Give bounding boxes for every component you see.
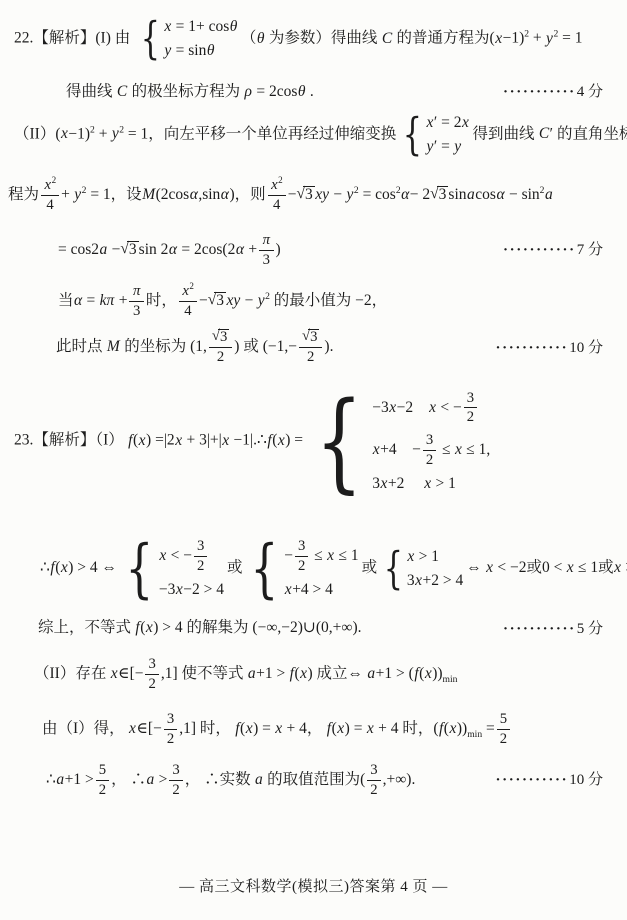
math-text: ,1] 时， bbox=[179, 720, 235, 737]
numerator: 3 bbox=[194, 538, 207, 557]
cases-rows: −3x−2 x < −32x+4 −32 ≤ x ≤ 1,3x+2 x > 1 bbox=[372, 390, 490, 494]
math-text: 程为 bbox=[8, 186, 39, 203]
math-text: 2 bbox=[500, 731, 507, 747]
math-text: )) bbox=[432, 665, 442, 682]
math-text: ， ∴ bbox=[111, 771, 146, 788]
math-text: ) 或 (−1,− bbox=[234, 338, 297, 355]
math-text: ≤ 1或 bbox=[574, 559, 614, 576]
math-text: > 1. bbox=[622, 559, 627, 576]
math-text: = 2cos bbox=[252, 83, 297, 100]
math-text: 2 bbox=[467, 409, 474, 425]
math-text: + 4， bbox=[283, 720, 327, 737]
numerator: 3 bbox=[423, 432, 436, 451]
square-root: √3 bbox=[430, 186, 448, 203]
math-text: α bbox=[235, 241, 244, 258]
fraction: 32 bbox=[367, 762, 380, 799]
math-text: x bbox=[164, 18, 172, 35]
dotted-leader: ··········· bbox=[503, 621, 576, 637]
denominator: 2 bbox=[295, 557, 308, 575]
cases-row: −3x−2 > 4 bbox=[159, 581, 224, 599]
math-text: 2 bbox=[167, 731, 174, 747]
dotted-leader: ··········· bbox=[496, 340, 569, 356]
math-text: cos bbox=[475, 186, 496, 203]
math-text: 3 bbox=[133, 303, 140, 319]
numerator: x2 bbox=[41, 177, 59, 196]
math-text: (2cos bbox=[156, 186, 190, 203]
math-text: 的坐标为 (1, bbox=[120, 338, 207, 355]
cases-row: x+4 > 4 bbox=[284, 581, 358, 599]
math-text: ) bbox=[276, 241, 281, 258]
math-text: 为参数）得曲线 bbox=[265, 30, 381, 47]
math-text: 3 bbox=[439, 186, 447, 203]
math-text: )) bbox=[457, 720, 467, 737]
denominator: 2 bbox=[96, 781, 109, 799]
math-text: x bbox=[372, 441, 380, 458]
numerator: 3 bbox=[295, 538, 308, 557]
cases-row: −3x−2 x < −32 bbox=[372, 390, 490, 427]
math-text: > bbox=[155, 771, 168, 788]
math-text: )，则 bbox=[229, 186, 265, 203]
q23-part1-piecewise-line: 23.【解析】（I） f(x) =|2x + 3|+|x −1|.∴f(x) =… bbox=[14, 389, 627, 493]
math-text: 2 bbox=[99, 782, 106, 798]
q23-part2-exists-line: （II）存在 x∈[−32,1] 使不等式 a+1 > f(x) 成立⇔ a+1… bbox=[34, 656, 627, 693]
radical-icon: √ bbox=[208, 290, 217, 311]
math-text: 3 bbox=[167, 711, 174, 727]
subscript: min bbox=[467, 729, 482, 740]
footer-text: — 高三文科数学(模拟三)答案第 4 页 — bbox=[179, 879, 448, 895]
math-text: ， ∴实数 bbox=[185, 771, 255, 788]
denominator: 2 bbox=[169, 781, 182, 799]
cases-rows: x = 1+ cosθy = sinθ bbox=[164, 18, 238, 60]
math-text: −1|.∴ bbox=[230, 432, 267, 449]
subscript: min bbox=[443, 674, 458, 685]
math-text: 此时点 bbox=[56, 338, 106, 355]
superscript: 2 bbox=[189, 281, 194, 291]
cases-rows: x′ = 2xy′ = y bbox=[426, 114, 469, 156]
numerator: 3 bbox=[169, 762, 182, 781]
radical-icon: √ bbox=[430, 184, 439, 205]
cases-rows: −32 ≤ x ≤ 1x+4 > 4 bbox=[284, 538, 358, 599]
math-text: < −2或0 < bbox=[493, 559, 566, 576]
math-text: ∈[− bbox=[118, 665, 143, 682]
math-text: + bbox=[95, 125, 112, 142]
math-text: ) = bbox=[285, 432, 303, 449]
numerator: √3 bbox=[209, 329, 232, 348]
math-text: = sin bbox=[172, 42, 207, 59]
math-text: x bbox=[222, 432, 230, 449]
denominator: 4 bbox=[179, 302, 197, 320]
square-root: √3 bbox=[120, 241, 138, 258]
math-text: 当 bbox=[58, 292, 74, 309]
fraction: π3 bbox=[259, 232, 273, 269]
math-text: < − bbox=[167, 547, 192, 564]
math-text: α bbox=[168, 241, 177, 258]
cases-row: y′ = y bbox=[426, 138, 469, 156]
fraction: x24 bbox=[268, 177, 286, 214]
radical-icon: √ bbox=[212, 328, 220, 345]
math-text: sin bbox=[448, 186, 466, 203]
math-text: < − bbox=[437, 399, 462, 416]
solutions-content: 22.【解析】(I) 由 {x = 1+ cosθy = sinθ（θ 为参数）… bbox=[0, 0, 627, 799]
math-text: x bbox=[44, 177, 52, 193]
math-text: −1) bbox=[503, 30, 525, 47]
q22-part2-ellipse-line: 程为x24+ y2 = 1，设M(2cosα,sinα)，则x24−√3xy −… bbox=[8, 177, 627, 214]
math-text: = 2cos(2 bbox=[178, 241, 236, 258]
fraction: 32 bbox=[464, 390, 477, 427]
math-text: +4 > 4 bbox=[292, 581, 333, 598]
math-text: α bbox=[189, 186, 198, 203]
math-text: π bbox=[132, 283, 140, 299]
math-text: α bbox=[74, 292, 83, 309]
math-text: + bbox=[115, 292, 128, 309]
math-text: π bbox=[262, 232, 270, 248]
numerator: √3 bbox=[299, 329, 322, 348]
math-text: C bbox=[381, 30, 392, 47]
fraction: 32 bbox=[423, 432, 436, 469]
math-text: x bbox=[245, 720, 253, 737]
cases-group: {−3x−2 x < −32x+4 −32 ≤ x ≤ 1,3x+2 x > 1 bbox=[306, 389, 490, 493]
math-text: 综上，不等式 bbox=[38, 619, 135, 636]
math-text: 4 bbox=[46, 197, 53, 213]
cases-row: 3x+2 > 4 bbox=[407, 572, 463, 590]
math-text: = 1，设 bbox=[86, 186, 141, 203]
math-text: 3 bbox=[216, 292, 224, 309]
math-text: ≤ 1 bbox=[335, 547, 359, 564]
math-text: x bbox=[495, 30, 503, 47]
cases-row: 3x+2 x > 1 bbox=[372, 475, 490, 493]
math-text: x bbox=[110, 665, 118, 682]
math-text: x bbox=[337, 720, 345, 737]
score-marker: ···········10 分 bbox=[496, 770, 603, 790]
math-text: ) =|2 bbox=[146, 432, 175, 449]
dotted-leader: ··········· bbox=[496, 772, 569, 788]
radical-icon: √ bbox=[120, 239, 129, 260]
math-text: 3 bbox=[305, 186, 313, 203]
math-text: 3 bbox=[148, 656, 155, 672]
math-text: sin 2 bbox=[139, 241, 169, 258]
q23-part2-range-line: ∴a+1 >52， ∴a >32， ∴实数 a 的取值范围为(32,+∞).··… bbox=[46, 762, 627, 799]
math-text: 3 bbox=[426, 432, 433, 448]
score-label: 5 分 bbox=[577, 621, 603, 637]
math-text: 4 bbox=[273, 197, 280, 213]
math-text: x bbox=[380, 475, 388, 492]
fraction: 32 bbox=[169, 762, 182, 799]
math-text: 时， bbox=[146, 292, 177, 309]
q22-part2-point-line: 此时点 M 的坐标为 (1,√32) 或 (−1,−√32).·········… bbox=[56, 329, 627, 366]
math-text: 2 bbox=[217, 349, 224, 365]
math-text: a bbox=[146, 771, 155, 788]
math-text: 22.【解析】(I) 由 bbox=[14, 30, 134, 47]
math-text: 得曲线 bbox=[66, 83, 116, 100]
radical-icon: √ bbox=[296, 184, 305, 205]
denominator: 2 bbox=[299, 348, 322, 366]
numerator: x2 bbox=[268, 177, 286, 196]
math-text: ∴ bbox=[40, 559, 50, 576]
math-text: 23.【解析】（I） bbox=[14, 432, 128, 449]
math-text: x bbox=[407, 548, 415, 565]
math-text: x bbox=[138, 432, 146, 449]
left-brace-icon: { bbox=[141, 17, 160, 61]
numerator: 3 bbox=[367, 762, 380, 781]
score-label: 7 分 bbox=[577, 242, 603, 258]
square-root: √3 bbox=[296, 186, 314, 203]
cases-group: {−32 ≤ x ≤ 1x+4 > 4 bbox=[245, 538, 358, 599]
math-text: x bbox=[424, 475, 432, 492]
math-text: ,+∞). bbox=[383, 771, 416, 788]
fraction: 32 bbox=[194, 538, 207, 575]
score-marker: ···········7 分 bbox=[503, 240, 603, 260]
numerator: π bbox=[129, 283, 143, 302]
denominator: 2 bbox=[209, 348, 232, 366]
math-text: θ bbox=[206, 42, 215, 59]
math-text: 2 bbox=[370, 782, 377, 798]
math-text: y bbox=[346, 186, 354, 203]
math-text: = cos bbox=[359, 186, 396, 203]
math-text: a bbox=[247, 665, 256, 682]
math-text: 3 bbox=[129, 241, 137, 258]
math-text: + bbox=[529, 30, 546, 47]
cases-group: {x = 1+ cosθy = sinθ bbox=[137, 18, 238, 60]
fraction: √32 bbox=[209, 329, 232, 366]
fraction: x24 bbox=[179, 283, 197, 320]
math-text: θ bbox=[256, 30, 265, 47]
q23-part1-solution-set-line: 综上，不等式 f(x) > 4 的解集为 (−∞,−2)∪(0,+∞).····… bbox=[38, 618, 627, 639]
math-text: − bbox=[284, 547, 293, 564]
scanned-answer-page: 22.【解析】(I) 由 {x = 1+ cosθy = sinθ（θ 为参数）… bbox=[0, 0, 627, 920]
dotted-leader: ··········· bbox=[503, 84, 576, 100]
q23-part2-min-value-line: 由（I）得， x∈[−32,1] 时， f(x) = x + 4， f(x) =… bbox=[42, 711, 627, 748]
numerator: 3 bbox=[464, 390, 477, 409]
math-text: −3 bbox=[372, 399, 389, 416]
math-text: +2 bbox=[388, 475, 424, 492]
math-text: . bbox=[306, 83, 314, 100]
q22-part2-transform-line: （II）(x−1)2 + y2 = 1，向左平移一个单位再经过伸缩变换{x′ =… bbox=[14, 114, 627, 156]
math-text: a bbox=[367, 665, 376, 682]
math-text: ) 成立⇔ bbox=[308, 665, 367, 682]
math-text: − bbox=[241, 292, 258, 309]
score-marker: ···········5 分 bbox=[503, 619, 603, 639]
math-text: θ bbox=[229, 18, 238, 35]
math-text: xy bbox=[315, 186, 330, 203]
math-text: ) = bbox=[345, 720, 367, 737]
superscript: 2 bbox=[396, 185, 401, 196]
math-text: = 1，向左平移一个单位再经过伸缩变换 bbox=[124, 125, 396, 142]
score-label: 10 分 bbox=[569, 340, 603, 356]
fraction: 32 bbox=[164, 711, 177, 748]
cases-row: x+4 −32 ≤ x ≤ 1, bbox=[372, 432, 490, 469]
math-text: 2 bbox=[298, 558, 305, 574]
denominator: 2 bbox=[497, 730, 510, 748]
denominator: 2 bbox=[194, 557, 207, 575]
math-text: 3 bbox=[197, 538, 204, 554]
cases-rows: x > 13x+2 > 4 bbox=[407, 548, 463, 590]
denominator: 4 bbox=[268, 196, 286, 214]
math-text: −3 bbox=[159, 581, 176, 598]
denominator: 2 bbox=[145, 675, 158, 693]
math-text: 3 bbox=[372, 475, 380, 492]
fraction: π3 bbox=[129, 283, 143, 320]
math-text: = bbox=[83, 292, 100, 309]
math-text: 2 bbox=[197, 558, 204, 574]
math-text: C bbox=[538, 125, 549, 142]
math-text: ′ 的直角坐标方 bbox=[550, 125, 627, 142]
fraction: √32 bbox=[299, 329, 322, 366]
math-text: −2 > 4 bbox=[183, 581, 224, 598]
q22-part2-simplify-line: = cos2a −√3sin 2α = 2cos(2α +π3)········… bbox=[58, 232, 627, 269]
left-brace-icon: { bbox=[384, 547, 403, 591]
fraction: 32 bbox=[295, 538, 308, 575]
math-text: 3 bbox=[407, 572, 415, 589]
math-text: x bbox=[275, 720, 283, 737]
math-text: α bbox=[496, 186, 505, 203]
math-text: −1) bbox=[68, 125, 90, 142]
page-footer: — 高三文科数学(模拟三)答案第 4 页 — bbox=[0, 875, 627, 896]
math-text: ,1] 使不等式 bbox=[161, 665, 248, 682]
math-text: ) > 4 ⇔ bbox=[68, 559, 117, 576]
math-text: x bbox=[426, 114, 434, 131]
math-text: 2 bbox=[426, 452, 433, 468]
math-text: x bbox=[614, 559, 622, 576]
denominator: 2 bbox=[464, 408, 477, 426]
math-text: +1 > ( bbox=[376, 665, 414, 682]
denominator: 2 bbox=[367, 781, 380, 799]
math-text: （II）存在 bbox=[34, 665, 110, 682]
math-text: 得到曲线 bbox=[472, 125, 538, 142]
math-text: x bbox=[462, 114, 470, 131]
math-text: 由（I）得， bbox=[42, 720, 129, 737]
math-text: ( bbox=[294, 665, 299, 682]
math-text: + 4 时，( bbox=[374, 720, 438, 737]
math-text: +1 > bbox=[65, 771, 94, 788]
math-text: 3 bbox=[467, 390, 474, 406]
cases-row: x < −32 bbox=[159, 538, 224, 575]
superscript: 2 bbox=[52, 175, 57, 185]
math-text: M bbox=[142, 186, 156, 203]
math-text: M bbox=[106, 338, 120, 355]
score-marker: ···········4 分 bbox=[503, 82, 603, 102]
math-text: x bbox=[449, 720, 457, 737]
score-marker: ···········10 分 bbox=[496, 338, 603, 358]
math-text: +2 > 4 bbox=[422, 572, 463, 589]
math-text: ≤ bbox=[310, 547, 326, 564]
math-text: 的最小值为 −2， bbox=[270, 292, 387, 309]
math-text: xy bbox=[226, 292, 241, 309]
square-root: √3 bbox=[302, 329, 319, 345]
cases-group: {x > 13x+2 > 4 bbox=[380, 548, 463, 590]
math-text: ). bbox=[324, 338, 333, 355]
superscript: 2 bbox=[278, 175, 283, 185]
math-text: α bbox=[401, 186, 410, 203]
numerator: π bbox=[259, 232, 273, 251]
math-text: 的普通方程为( bbox=[393, 30, 495, 47]
math-text: +4 − bbox=[380, 441, 421, 458]
denominator: 3 bbox=[259, 251, 273, 269]
math-text: 2 bbox=[172, 782, 179, 798]
math-text: ′ = 2 bbox=[434, 114, 462, 131]
math-text: + bbox=[61, 186, 74, 203]
left-brace-icon: { bbox=[125, 537, 153, 600]
score-label: 4 分 bbox=[577, 84, 603, 100]
math-text: x bbox=[429, 399, 437, 416]
math-text: − 2 bbox=[410, 186, 430, 203]
cases-rows: x < −32−3x−2 > 4 bbox=[159, 538, 224, 599]
math-text: ∈[− bbox=[136, 720, 161, 737]
fraction: 32 bbox=[145, 656, 158, 693]
denominator: 2 bbox=[164, 730, 177, 748]
math-text: ∴ bbox=[46, 771, 56, 788]
math-text: + bbox=[245, 241, 258, 258]
math-text: y bbox=[426, 138, 434, 155]
math-text: y bbox=[164, 42, 172, 59]
math-text: 的极坐标方程为 bbox=[128, 83, 244, 100]
math-text: ≤ 1, bbox=[462, 441, 490, 458]
cases-row: x = 1+ cosθ bbox=[164, 18, 238, 36]
math-text: x bbox=[389, 399, 397, 416]
math-text: a bbox=[254, 771, 263, 788]
math-text: + 3|+| bbox=[183, 432, 222, 449]
math-text: − sin bbox=[505, 186, 540, 203]
q22-part1-setup-line: 22.【解析】(I) 由 {x = 1+ cosθy = sinθ（θ 为参数）… bbox=[14, 18, 627, 60]
math-text: 3 bbox=[298, 538, 305, 554]
math-text: x bbox=[284, 581, 292, 598]
math-text: x bbox=[159, 547, 167, 564]
math-text: x bbox=[175, 432, 183, 449]
math-text: 5 bbox=[500, 711, 507, 727]
math-text: a bbox=[56, 771, 65, 788]
cases-row: −32 ≤ x ≤ 1 bbox=[284, 538, 358, 575]
q22-part1-polar-line: 得曲线 C 的极坐标方程为 ρ = 2cosθ .···········4 分 bbox=[66, 82, 627, 103]
numerator: 5 bbox=[497, 711, 510, 730]
math-text: 2 bbox=[307, 349, 314, 365]
cases-group: {x < −32−3x−2 > 4 bbox=[120, 538, 224, 599]
cases-row: y = sinθ bbox=[164, 42, 238, 60]
math-text: 5 bbox=[99, 762, 106, 778]
math-text: 或 bbox=[362, 559, 378, 576]
math-text: 2 bbox=[148, 676, 155, 692]
q22-part2-minimum-line: 当α = kπ +π3时，x24−√3xy − y2 的最小值为 −2， bbox=[58, 283, 627, 320]
math-text: ′ = bbox=[434, 138, 454, 155]
math-text: （ bbox=[241, 30, 257, 47]
math-text: 4 bbox=[184, 303, 191, 319]
math-text: 3 bbox=[370, 762, 377, 778]
numerator: 5 bbox=[96, 762, 109, 781]
math-text: 3 bbox=[310, 329, 317, 345]
math-text: ) = bbox=[253, 720, 275, 737]
numerator: 3 bbox=[164, 711, 177, 730]
cases-group: {x′ = 2xy′ = y bbox=[399, 114, 469, 156]
numerator: x2 bbox=[179, 283, 197, 302]
score-label: 10 分 bbox=[569, 772, 603, 788]
fraction: 52 bbox=[497, 711, 510, 748]
dotted-leader: ··········· bbox=[503, 242, 576, 258]
math-text: 3 bbox=[172, 762, 179, 778]
math-text: y bbox=[74, 186, 82, 203]
math-text: x bbox=[327, 547, 335, 564]
cases-row: x′ = 2x bbox=[426, 114, 469, 132]
math-text: = 1 bbox=[558, 30, 582, 47]
math-text: x bbox=[566, 559, 574, 576]
math-text: 的取值范围为( bbox=[263, 771, 365, 788]
math-text: ) > 4 的解集为 (−∞,−2)∪(0,+∞). bbox=[153, 619, 361, 636]
math-text: −2 bbox=[397, 399, 429, 416]
math-text: y bbox=[454, 138, 462, 155]
denominator: 4 bbox=[41, 196, 59, 214]
square-root: √3 bbox=[212, 329, 229, 345]
math-text: x bbox=[300, 665, 308, 682]
fraction: x24 bbox=[41, 177, 59, 214]
math-text: 3 bbox=[220, 329, 227, 345]
math-text: = cos2 bbox=[58, 241, 99, 258]
